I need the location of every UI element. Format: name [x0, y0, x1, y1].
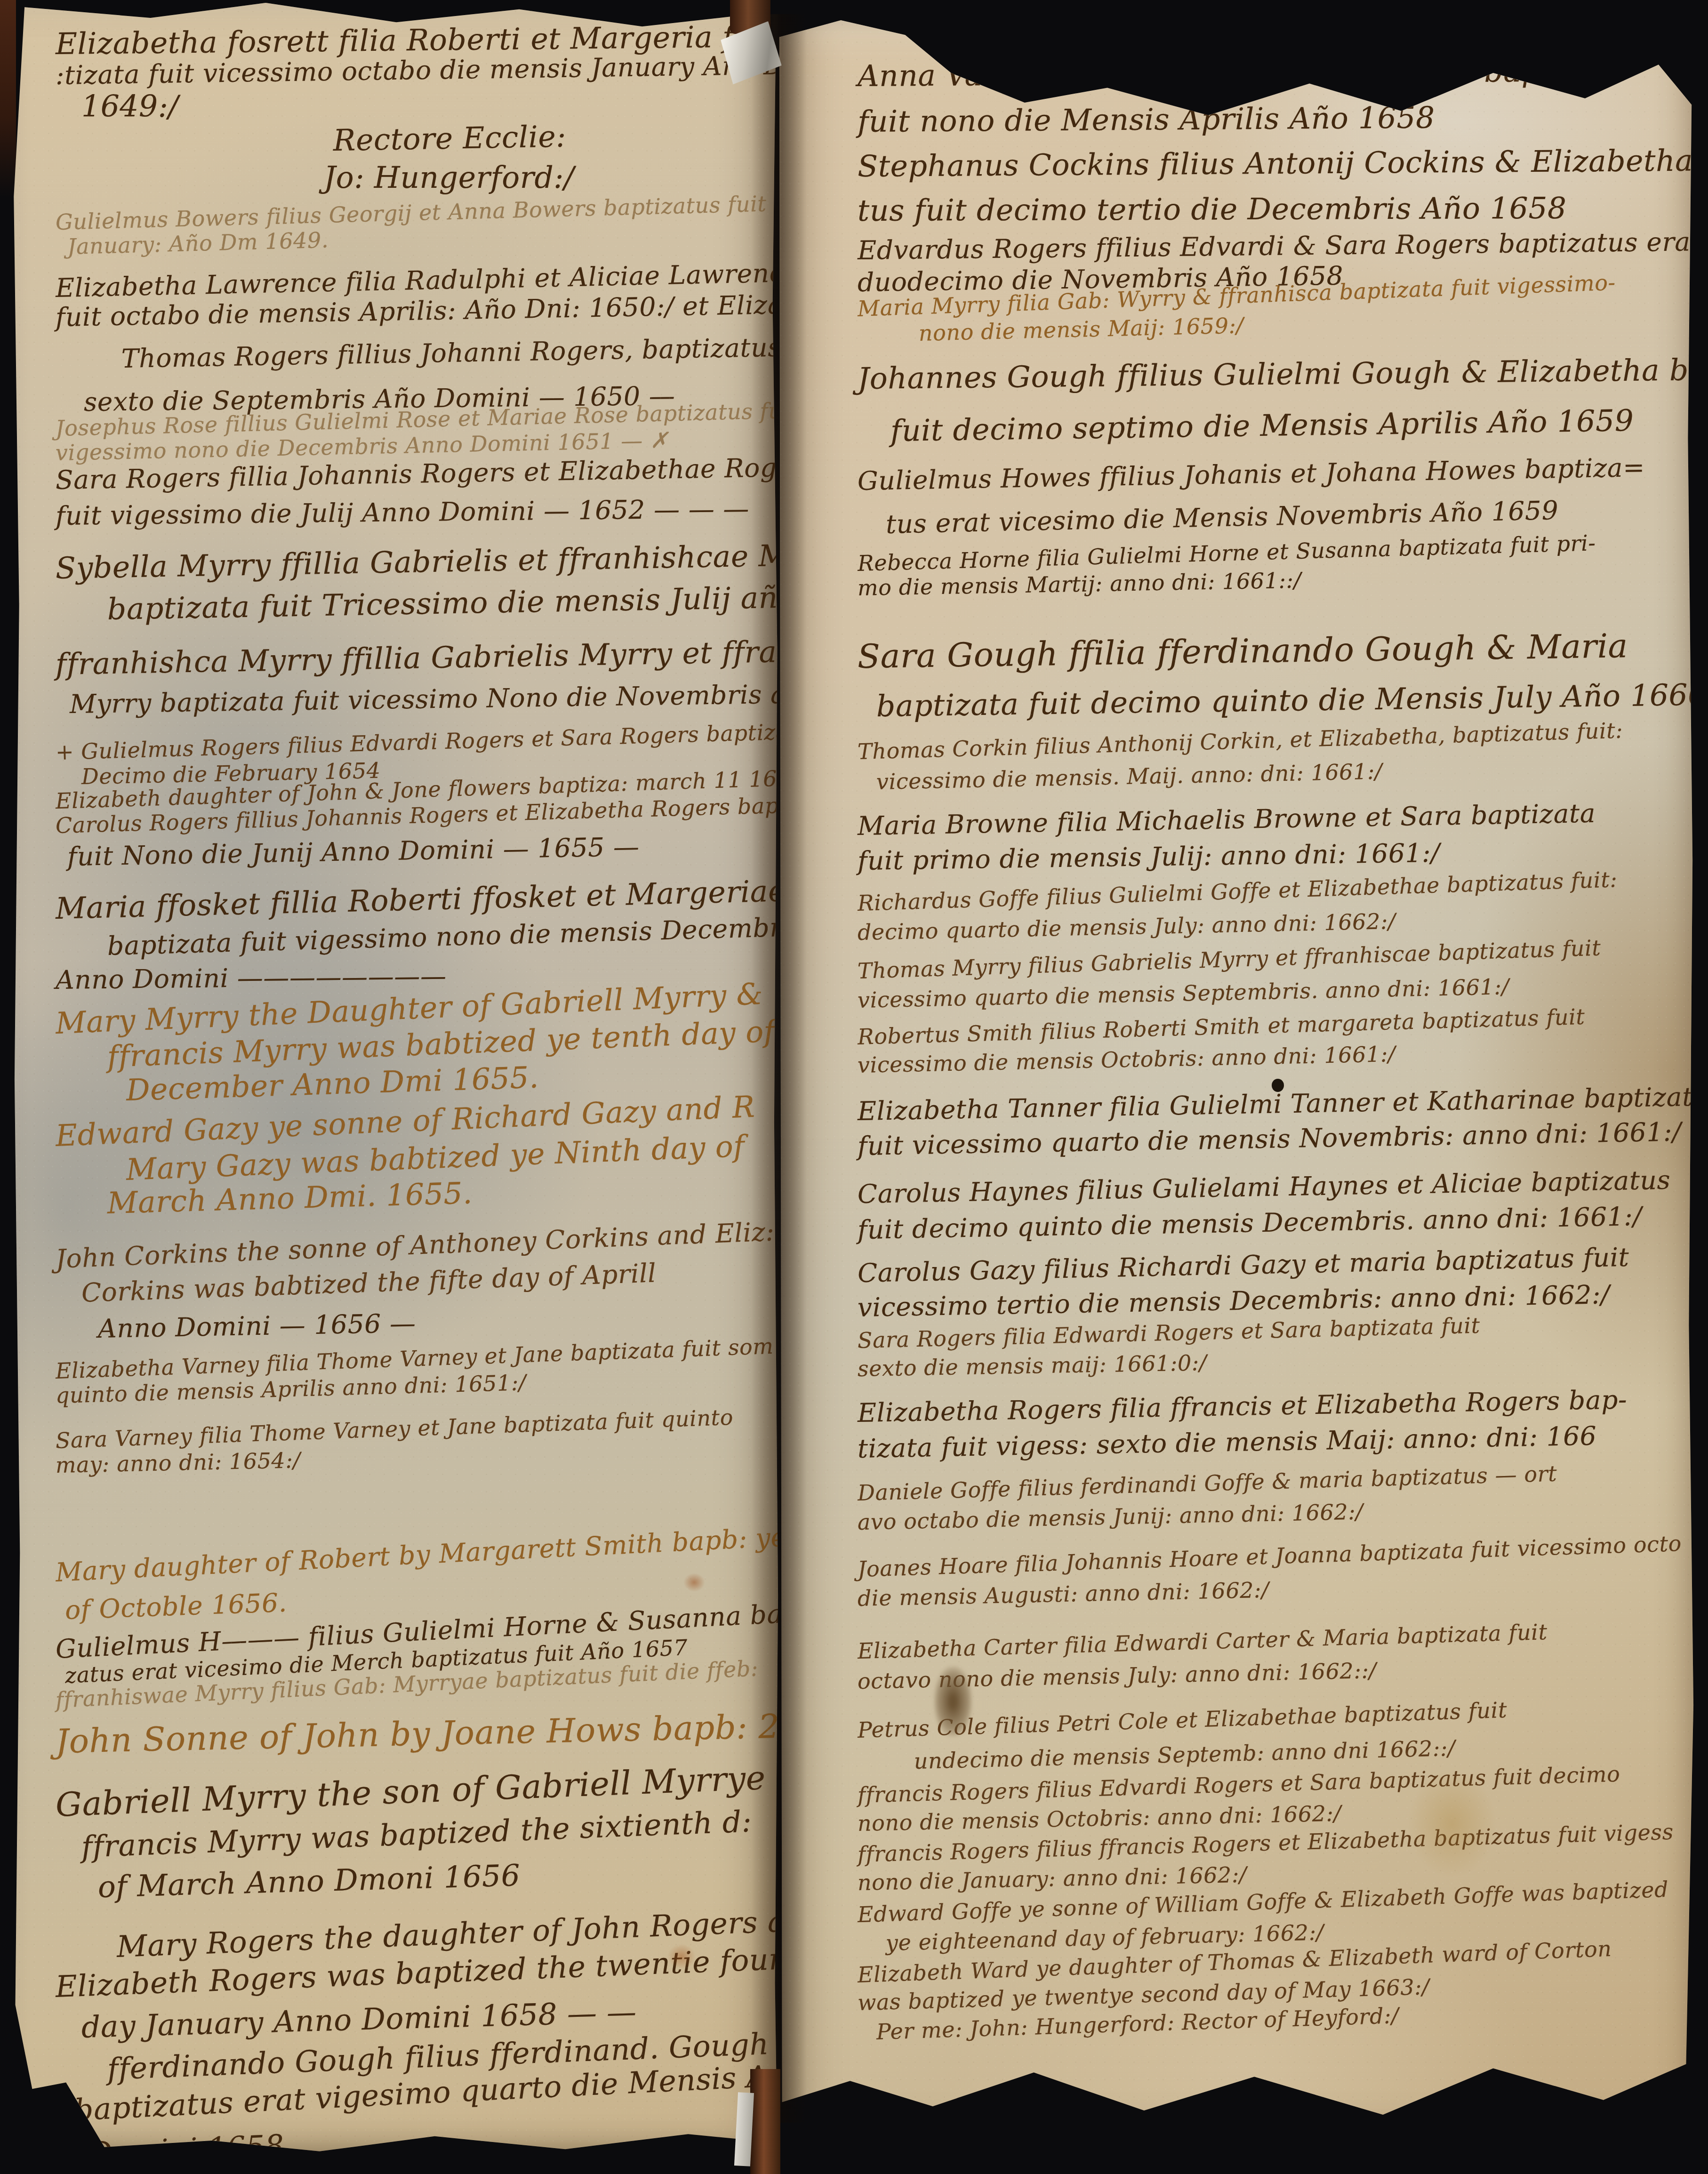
entry-line: Gulielmus Howes ffilius Johanis et Johan…	[857, 452, 1667, 496]
entry-line: fuit vigessimo die Julij Anno Domini — 1…	[56, 494, 753, 531]
entry-line: ffranhishca Myrry ffillia Gabrielis Myrr…	[55, 635, 752, 681]
binding-rod-bottom	[750, 2069, 780, 2174]
entry-line: Jo: Hungerford:/	[324, 161, 752, 194]
entry-line: Maria Browne filia Michaelis Browne et S…	[857, 797, 1667, 841]
entry-line: Anna Varney ffilia Thome Varney & Jand b…	[858, 54, 1667, 93]
left-page: Elizabetha fosrett filia Roberti et Marg…	[12, 3, 780, 2156]
entry-line: Thomas Rogers fillius Johanni Rogers, ba…	[121, 333, 752, 374]
entry-line: John Sonne of John by Joane Hows bapb: 2…	[55, 1709, 752, 1760]
book-spine-edge	[0, 0, 16, 198]
left-page-entries: Elizabetha fosrett filia Roberti et Marg…	[56, 27, 752, 2170]
entry-line: Johannes Gough ffilius Gulielmi Gough & …	[858, 353, 1668, 395]
right-page-entries: Anna Varney ffilia Thome Varney & Jand b…	[858, 59, 1667, 2045]
entry-line: Elizabetha Rogers filia ffrancis et Eliz…	[857, 1384, 1667, 1428]
entry-line: Stephanus Cockins filius Antonij Cockins…	[858, 144, 1667, 183]
entry-line: baptizata fuit decimo quinto die Mensis …	[876, 678, 1668, 723]
entry-line: Rectore Ecclie:	[333, 116, 752, 157]
entry-line: fuit Nono die Junij Anno Domini — 1655 —	[67, 830, 752, 872]
entry-line: fuit nono die Mensis Aprilis Año 1658	[858, 99, 1667, 138]
entry-line: fuit decimo quinto die mensis Decembris.…	[857, 1201, 1667, 1244]
entry-line: tus fuit decimo tertio die Decembris Año…	[858, 191, 1667, 227]
entry-line: fuit decimo septimo die Mensis Aprilis A…	[890, 403, 1668, 448]
entry-line: Sara Gough ffilia fferdinando Gough & Ma…	[857, 627, 1667, 675]
entry-line: tizata fuit vigess: sexto die mensis Mai…	[857, 1420, 1667, 1463]
right-page: Anna Varney ffilia Thome Varney & Jand b…	[777, 16, 1695, 2127]
manuscript-scan: Elizabetha fosrett filia Roberti et Marg…	[0, 0, 1708, 2174]
entry-line: Sybella Myrry ffillia Gabrielis et ffran…	[55, 539, 752, 585]
entry-line: Myrry baptizata fuit vicessimo Nono die …	[70, 680, 753, 719]
entry-line: baptizata fuit Tricessimo die mensis Jul…	[107, 581, 752, 626]
